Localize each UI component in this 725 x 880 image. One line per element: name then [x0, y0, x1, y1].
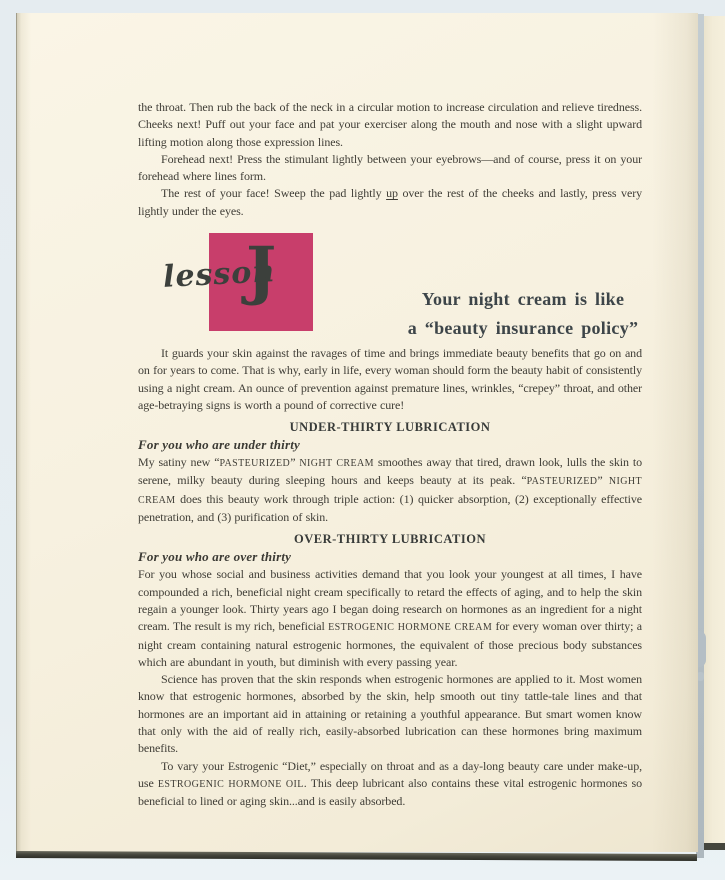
paragraph-forehead: Forehead next! Press the stimulant light…	[138, 151, 642, 186]
chapter-heading-line-1: Your night cream is like	[343, 285, 703, 314]
paragraph-estrogenic-hormone-oil: To vary your Estrogenic “Diet,” especial…	[138, 758, 642, 811]
spine-shadow	[17, 13, 31, 852]
paragraph-science-has-proven: Science has proven that the skin respond…	[138, 671, 642, 757]
paragraph-estrogenic-hormone-cream: For you whose social and business activi…	[138, 566, 642, 671]
body-text-block: It guards your skin against the ravages …	[138, 345, 642, 811]
next-page-edge	[703, 16, 725, 845]
intro-paragraph: It guards your skin against the ravages …	[138, 345, 642, 414]
book-page: the throat. Then rub the back of the nec…	[16, 13, 698, 852]
page-crease	[652, 13, 698, 852]
section-subtitle-over-thirty: For you who are over thirty	[138, 548, 642, 565]
section-subtitle-under-thirty: For you who are under thirty	[138, 436, 642, 453]
chapter-heading-line-2: a “beauty insurance policy”	[343, 314, 703, 343]
next-page-bottom-edge	[703, 843, 725, 850]
paragraph-pasteurized-night-cream: My satiny new “PASTEURIZED” NIGHT CREAM …	[138, 454, 642, 526]
top-text-block: the throat. Then rub the back of the nec…	[138, 99, 642, 220]
lesson-script-label: lesson	[162, 254, 276, 295]
paragraph-continuation: the throat. Then rub the back of the nec…	[138, 99, 642, 151]
section-title-over-thirty: OVER-THIRTY LUBRICATION	[138, 531, 642, 547]
chapter-heading: Your night cream is like a “beauty insur…	[343, 285, 703, 343]
section-title-under-thirty: UNDER-THIRTY LUBRICATION	[138, 419, 642, 435]
page-curl-notch-small	[697, 672, 704, 681]
page-bottom-edge	[16, 851, 697, 861]
book-scan-photo: the throat. Then rub the back of the nec…	[0, 0, 725, 880]
paragraph-rest-of-face: The rest of your face! Sweep the pad lig…	[138, 185, 642, 220]
